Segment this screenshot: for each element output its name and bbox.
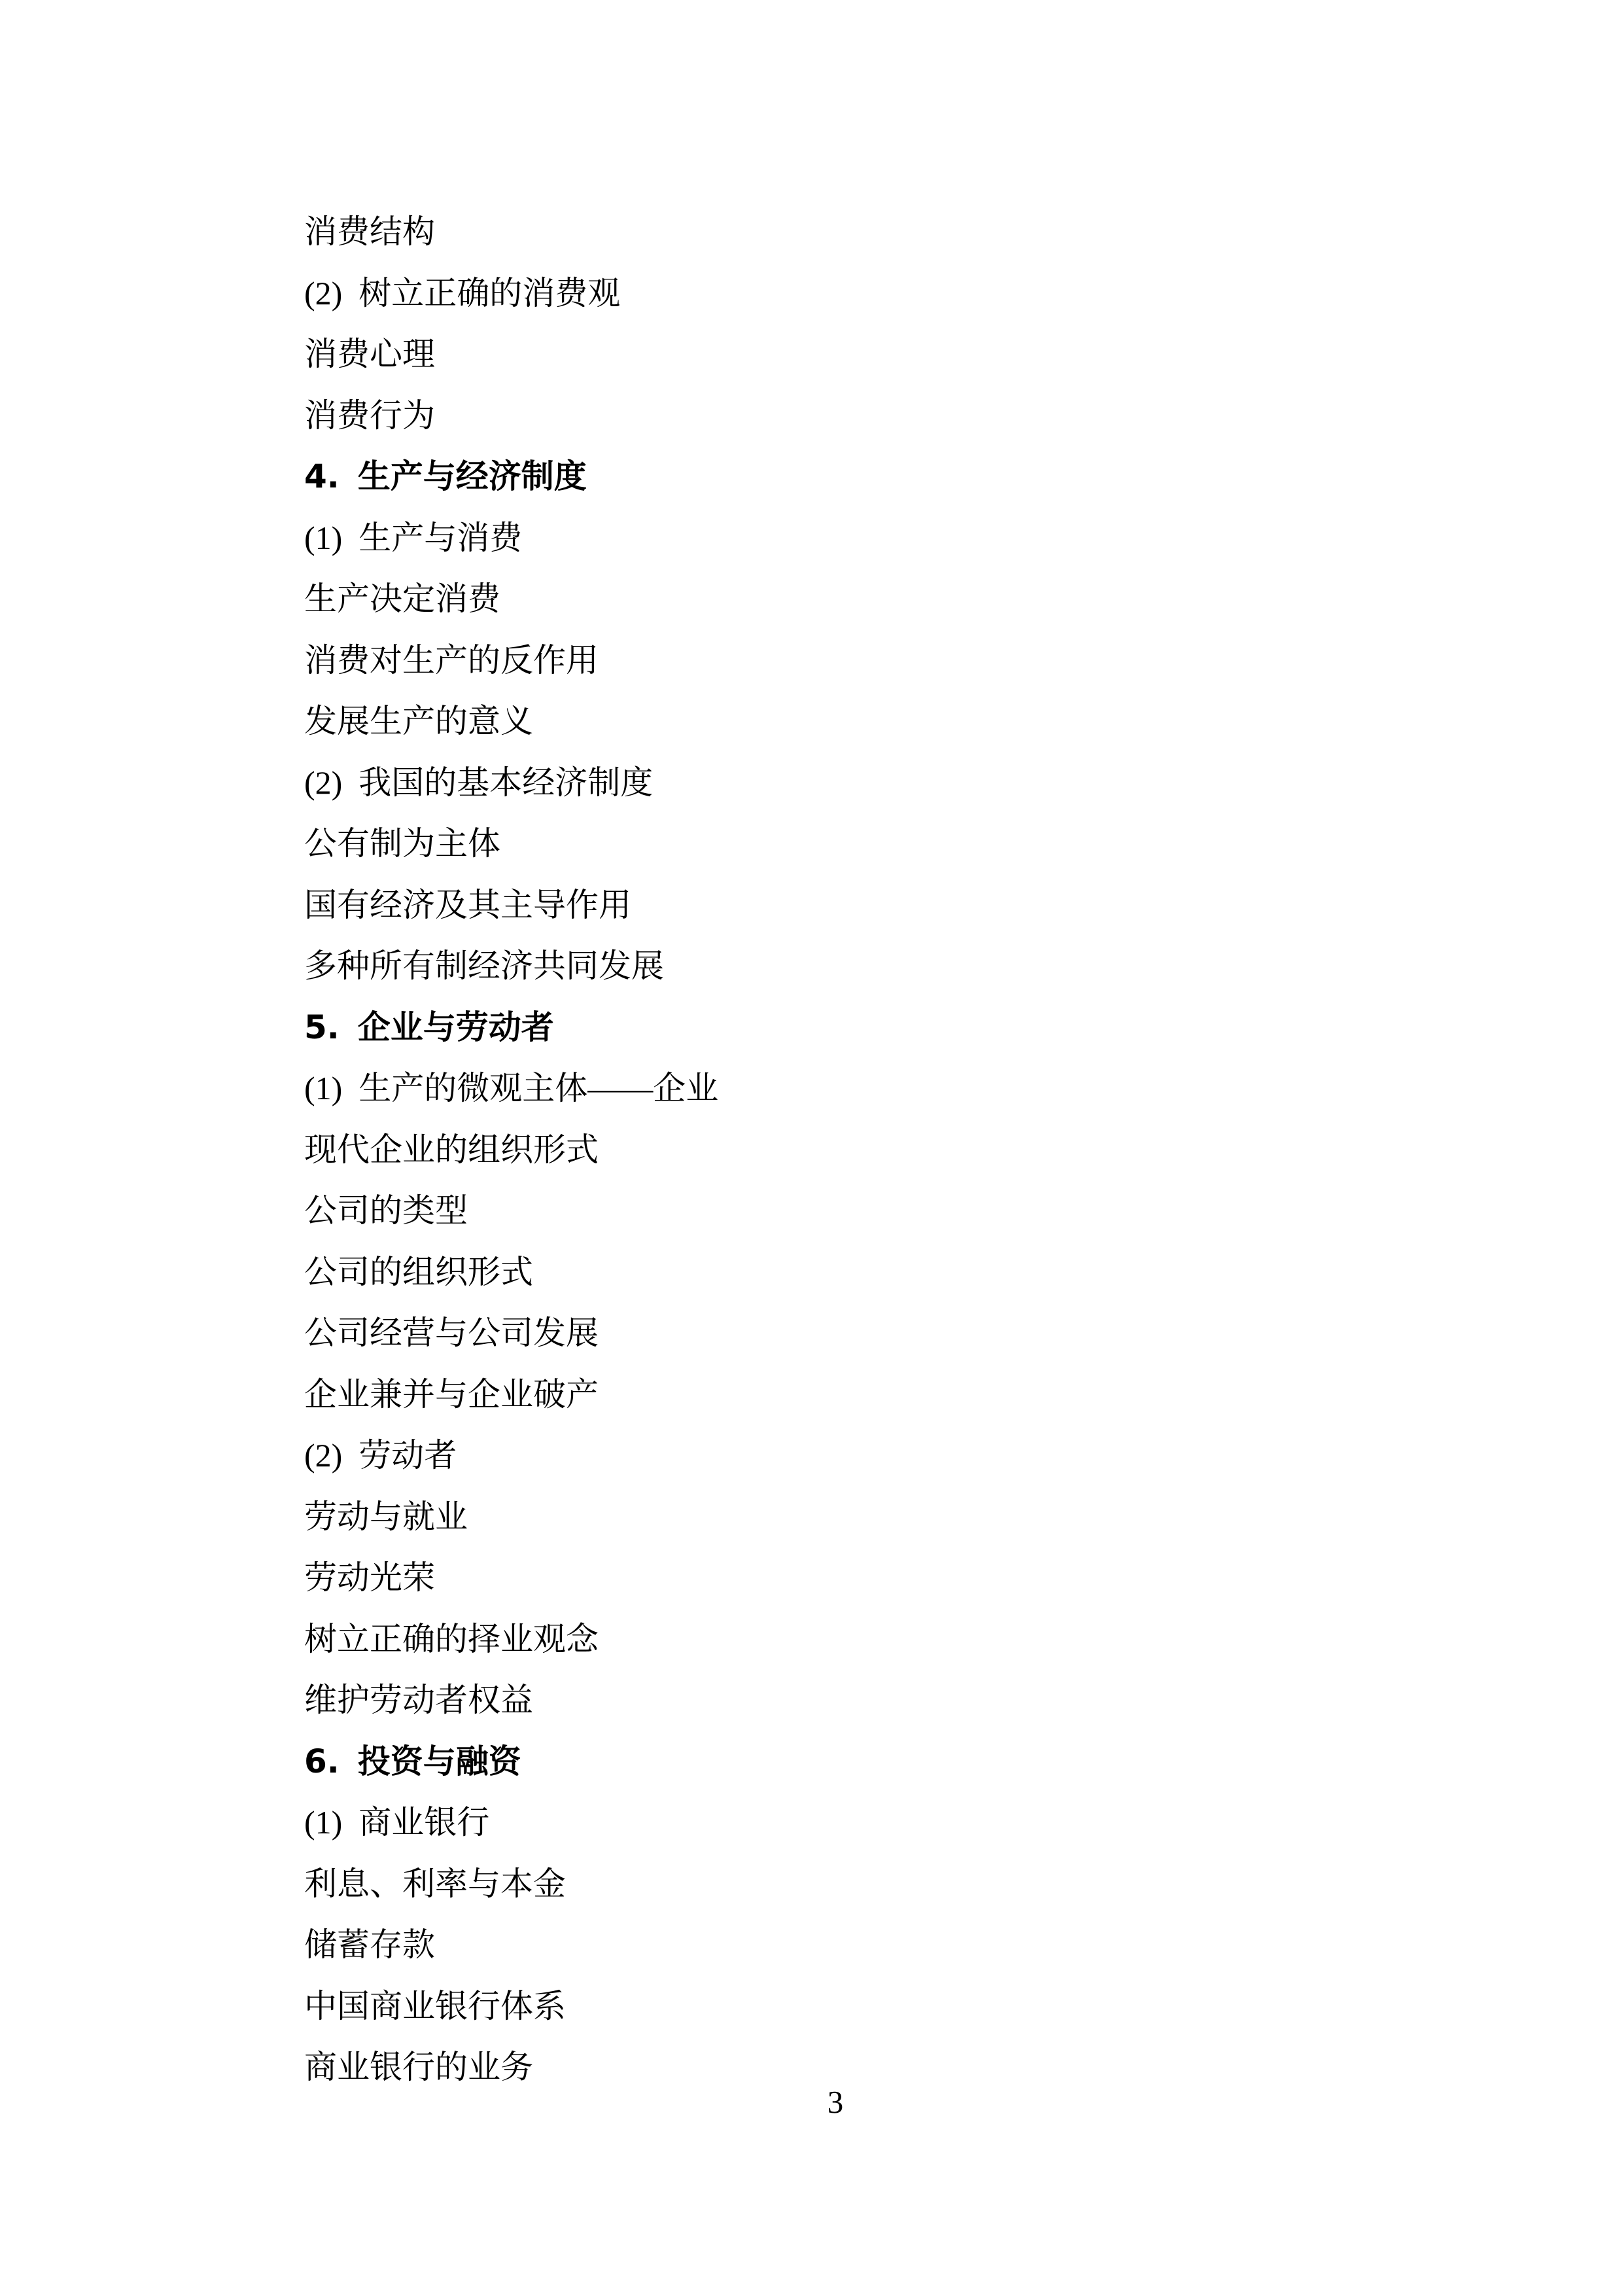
outline-item-text: (2) 树立正确的消费观 bbox=[304, 275, 620, 311]
outline-item-text: 消费结构 bbox=[304, 213, 435, 250]
outline-item-text: 中国商业银行体系 bbox=[304, 1988, 566, 2024]
outline-item: 利息、利率与本金 bbox=[304, 1854, 1525, 1915]
outline-item-text: 树立正确的择业观念 bbox=[304, 1621, 599, 1657]
outline-item: (2) 劳动者 bbox=[304, 1425, 1525, 1487]
section-heading: 4.生产与经济制度 bbox=[304, 446, 1525, 508]
outline-item-text: 消费心理 bbox=[304, 336, 435, 372]
outline-item: 商业银行的业务 bbox=[304, 2037, 1525, 2098]
outline-item-text: (1) 生产的微观主体——企业 bbox=[304, 1070, 718, 1106]
outline-item: (1) 生产与消费 bbox=[304, 508, 1525, 569]
outline-item-text: 储蓄存款 bbox=[304, 1926, 435, 1963]
outline-item: 国有经济及其主导作用 bbox=[304, 875, 1525, 936]
section-title: 生产与经济制度 bbox=[358, 457, 587, 495]
outline-item: 多种所有制经济共同发展 bbox=[304, 936, 1525, 997]
outline-item: (1) 生产的微观主体——企业 bbox=[304, 1058, 1525, 1120]
outline-item-text: 公司的类型 bbox=[304, 1192, 468, 1229]
outline-item: 公司的组织形式 bbox=[304, 1242, 1525, 1303]
outline-item: 储蓄存款 bbox=[304, 1915, 1525, 1976]
outline-item-text: (2) 劳动者 bbox=[304, 1437, 457, 1474]
section-number: 5. bbox=[304, 1008, 340, 1046]
outline-item-text: 消费行为 bbox=[304, 397, 435, 434]
outline-item-text: 多种所有制经济共同发展 bbox=[304, 947, 664, 984]
outline-item: 消费结构 bbox=[304, 202, 1525, 263]
section-title: 企业与劳动者 bbox=[358, 1008, 554, 1046]
outline-item-text: 利息、利率与本金 bbox=[304, 1865, 566, 1902]
outline-item-text: 现代企业的组织形式 bbox=[304, 1131, 599, 1168]
page-number: 3 bbox=[828, 2084, 844, 2121]
outline-item-text: 生产决定消费 bbox=[304, 580, 500, 617]
outline-item: 中国商业银行体系 bbox=[304, 1976, 1525, 2038]
outline-item-text: 劳动光荣 bbox=[304, 1559, 435, 1596]
section-title: 投资与融资 bbox=[358, 1742, 521, 1780]
outline-item: 现代企业的组织形式 bbox=[304, 1120, 1525, 1181]
outline-item-text: 发展生产的意义 bbox=[304, 703, 533, 739]
outline-item-text: 消费对生产的反作用 bbox=[304, 642, 599, 679]
document-body: 消费结构 (2) 树立正确的消费观 消费心理 消费行为 4.生产与经济制度 (1… bbox=[304, 202, 1525, 2098]
outline-item: 公有制为主体 bbox=[304, 813, 1525, 875]
outline-item: 树立正确的择业观念 bbox=[304, 1609, 1525, 1670]
outline-item: 维护劳动者权益 bbox=[304, 1670, 1525, 1731]
outline-item-text: (1) 商业银行 bbox=[304, 1804, 489, 1841]
outline-item-text: 公司的组织形式 bbox=[304, 1254, 533, 1290]
outline-item-text: (2) 我国的基本经济制度 bbox=[304, 764, 653, 801]
section-heading: 5.企业与劳动者 bbox=[304, 997, 1525, 1059]
outline-item-text: 企业兼并与企业破产 bbox=[304, 1376, 599, 1413]
outline-item: 企业兼并与企业破产 bbox=[304, 1364, 1525, 1426]
outline-item: 消费行为 bbox=[304, 385, 1525, 447]
outline-item-text: 公司经营与公司发展 bbox=[304, 1315, 599, 1351]
outline-item: 消费对生产的反作用 bbox=[304, 630, 1525, 692]
outline-item: 消费心理 bbox=[304, 324, 1525, 385]
section-number: 4. bbox=[304, 457, 340, 495]
document-page: 消费结构 (2) 树立正确的消费观 消费心理 消费行为 4.生产与经济制度 (1… bbox=[0, 0, 1623, 2296]
section-number: 6. bbox=[304, 1742, 340, 1780]
outline-item: 公司经营与公司发展 bbox=[304, 1303, 1525, 1364]
outline-item-text: 维护劳动者权益 bbox=[304, 1682, 533, 1718]
outline-item: 公司的类型 bbox=[304, 1180, 1525, 1242]
outline-item: (2) 树立正确的消费观 bbox=[304, 263, 1525, 325]
outline-item: 劳动与就业 bbox=[304, 1487, 1525, 1548]
outline-item: (2) 我国的基本经济制度 bbox=[304, 752, 1525, 814]
outline-item-text: 公有制为主体 bbox=[304, 825, 500, 862]
outline-item-text: 劳动与就业 bbox=[304, 1498, 468, 1535]
outline-item-text: 国有经济及其主导作用 bbox=[304, 887, 631, 923]
outline-item: (1) 商业银行 bbox=[304, 1792, 1525, 1854]
outline-item: 劳动光荣 bbox=[304, 1547, 1525, 1609]
outline-item: 生产决定消费 bbox=[304, 569, 1525, 630]
section-heading: 6.投资与融资 bbox=[304, 1731, 1525, 1793]
outline-item-text: 商业银行的业务 bbox=[304, 2049, 533, 2085]
outline-item-text: (1) 生产与消费 bbox=[304, 520, 522, 556]
outline-item: 发展生产的意义 bbox=[304, 691, 1525, 752]
